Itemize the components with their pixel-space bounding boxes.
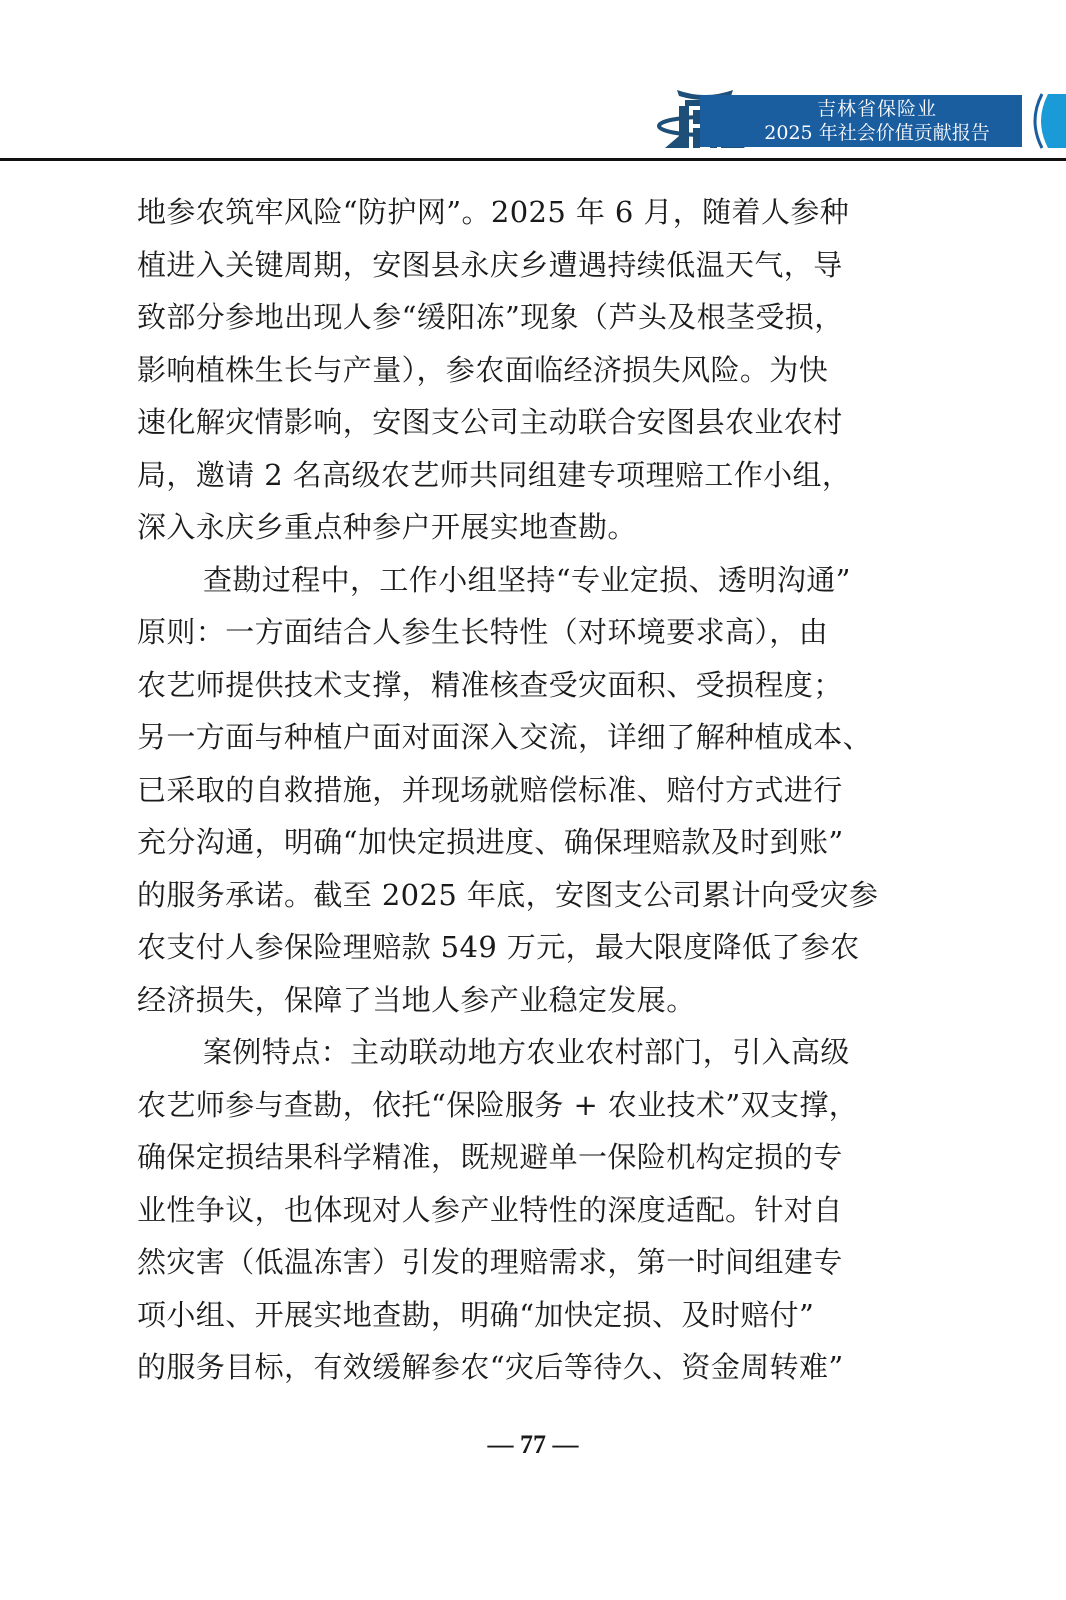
text-line: 项小组、开展实地查勘，明确“加快定损、及时赔付”: [137, 1289, 917, 1342]
text-line: 然灾害（低温冻害）引发的理赔需求，第一时间组建专: [137, 1236, 917, 1289]
text-line: 植进入关键周期，安图县永庆乡遭遇持续低温天气，导: [137, 239, 917, 292]
paragraph-1: 地参农筑牢风险“防护网”。2025 年 6 月，随着人参种 植进入关键周期，安图…: [137, 186, 917, 554]
text-line: 查勘过程中，工作小组坚持“专业定损、透明沟通”: [137, 554, 917, 607]
text-line: 深入永庆乡重点种参户开展实地查勘。: [137, 501, 917, 554]
article-body: 地参农筑牢风险“防护网”。2025 年 6 月，随着人参种 植进入关键周期，安图…: [137, 186, 917, 1394]
text-line: 地参农筑牢风险“防护网”。2025 年 6 月，随着人参种: [137, 186, 917, 239]
text-line: 案例特点：主动联动地方农业农村部门，引入高级: [137, 1026, 917, 1079]
page-header: 吉林省保险业 2025 年社会价值贡献报告: [0, 0, 1066, 170]
header-title: 吉林省保险业 2025 年社会价值贡献报告: [742, 97, 1012, 145]
text-line: 确保定损结果科学精准，既规避单一保险机构定损的专: [137, 1131, 917, 1184]
text-line: 已采取的自救措施，并现场就赔偿标准、赔付方式进行: [137, 764, 917, 817]
text-line: 的服务目标，有效缓解参农“灾后等待久、资金周转难”: [137, 1341, 917, 1394]
header-title-line1: 吉林省保险业: [742, 97, 1012, 121]
page-number: — 77 —: [0, 1430, 1066, 1460]
text-line: 致部分参地出现人参“缓阳冻”现象（芦头及根茎受损，: [137, 291, 917, 344]
header-title-line2: 2025 年社会价值贡献报告: [742, 121, 1012, 145]
text-line: 的服务承诺。截至 2025 年底，安图支公司累计向受灾参: [137, 869, 917, 922]
text-line: 充分沟通，明确“加快定损进度、确保理赔款及时到账”: [137, 816, 917, 869]
text-line: 原则：一方面结合人参生长特性（对环境要求高），由: [137, 606, 917, 659]
text-line: 农支付人参保险理赔款 549 万元，最大限度降低了参农: [137, 921, 917, 974]
text-line: 影响植株生长与产量），参农面临经济损失风险。为快: [137, 344, 917, 397]
text-line: 局，邀请 2 名高级农艺师共同组建专项理赔工作小组，: [137, 449, 917, 502]
paragraph-2: 查勘过程中，工作小组坚持“专业定损、透明沟通” 原则：一方面结合人参生长特性（对…: [137, 554, 917, 1027]
text-line: 业性争议，也体现对人参产业特性的深度适配。针对自: [137, 1184, 917, 1237]
header-tab-decoration-icon: [1022, 92, 1066, 150]
text-line: 速化解灾情影响，安图支公司主动联合安图县农业农村: [137, 396, 917, 449]
header-rule: [0, 158, 1066, 161]
paragraph-3: 案例特点：主动联动地方农业农村部门，引入高级 农艺师参与查勘，依托“保险服务 +…: [137, 1026, 917, 1394]
text-line: 另一方面与种植户面对面深入交流，详细了解种植成本、: [137, 711, 917, 764]
text-line: 经济损失，保障了当地人参产业稳定发展。: [137, 974, 917, 1027]
text-line: 农艺师参与查勘，依托“保险服务 + 农业技术”双支撑，: [137, 1079, 917, 1132]
text-line: 农艺师提供技术支撑，精准核查受灾面积、受损程度；: [137, 659, 917, 712]
